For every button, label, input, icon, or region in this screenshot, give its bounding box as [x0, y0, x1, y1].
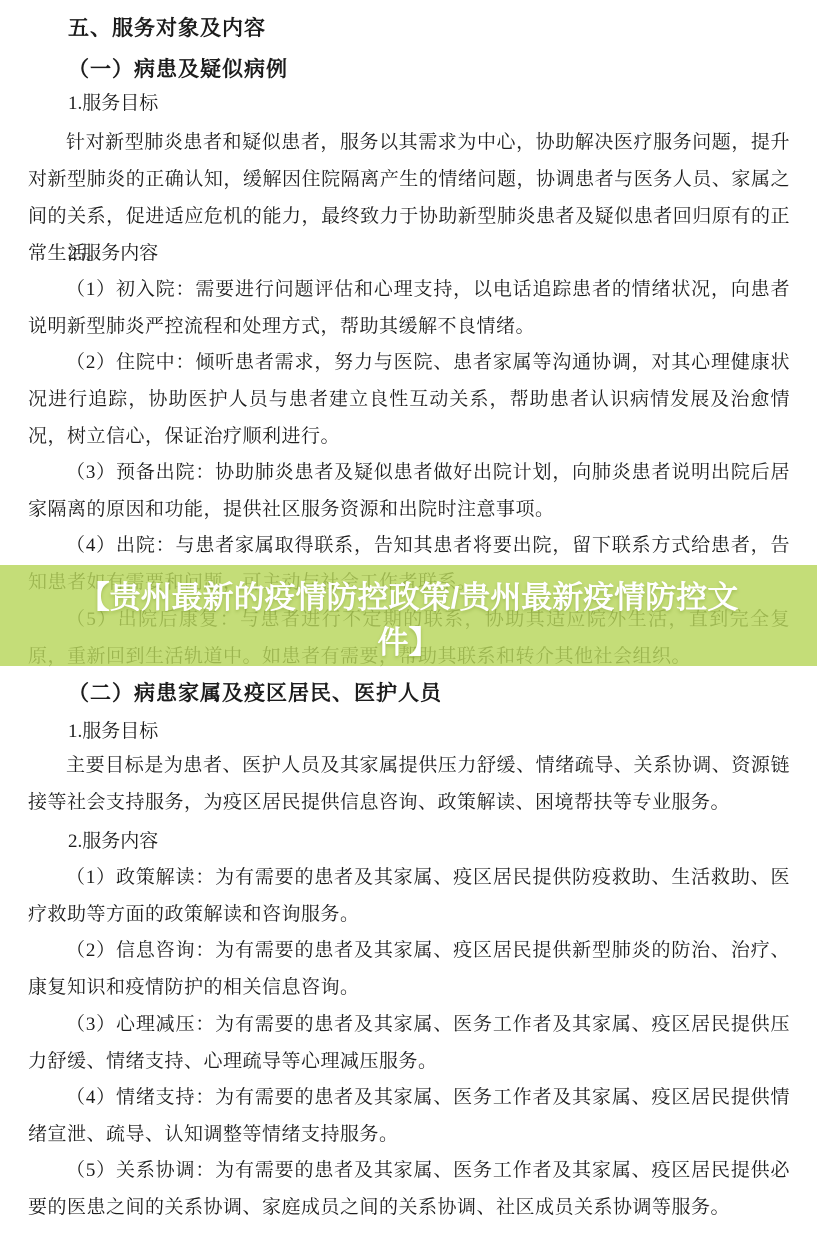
subsection-1-heading: （一）病患及疑似病例 [68, 59, 288, 81]
service-item-2-5: （5）关系协调：为有需要的患者及其家属、医务工作者及其家属、疫区居民提供必要的医… [28, 1152, 790, 1226]
promo-banner-title: 【贵州最新的疫情防控政策/贵州最新疫情防控文件】 [59, 565, 759, 665]
promo-banner: 【贵州最新的疫情防控政策/贵州最新疫情防控文件】 [0, 565, 817, 666]
service-item-1-1: （1）初入院：需要进行问题评估和心理支持，以电话追踪患者的情绪状况，向患者说明新… [28, 271, 790, 345]
subsection-2-heading: （二）病患家属及疫区居民、医护人员 [68, 683, 442, 705]
service-item-2-3: （3）心理减压：为有需要的患者及其家属、医务工作者及其家属、疫区居民提供压力舒缓… [28, 1006, 790, 1080]
section-heading: 五、服务对象及内容 [68, 18, 266, 40]
service-item-2-1: （1）政策解读：为有需要的患者及其家属、疫区居民提供防疫救助、生活救助、医疗救助… [28, 859, 790, 933]
document-page: 五、服务对象及内容 （一）病患及疑似病例 1.服务目标 针对新型肺炎患者和疑似患… [0, 0, 817, 1233]
subsection-1-content-label: 2.服务内容 [68, 244, 158, 264]
service-item-1-3: （3）预备出院：协助肺炎患者及疑似患者做好出院计划，向肺炎患者说明出院后居家隔离… [28, 454, 790, 528]
service-item-1-2: （2）住院中：倾听患者需求，努力与医院、患者家属等沟通协调，对其心理健康状况进行… [28, 344, 790, 455]
subsection-2-goal-label: 1.服务目标 [68, 722, 158, 742]
subsection-2-content-label: 2.服务内容 [68, 832, 158, 852]
service-item-2-4: （4）情绪支持：为有需要的患者及其家属、医务工作者及其家属、疫区居民提供情绪宣泄… [28, 1079, 790, 1153]
subsection-1-goal-label: 1.服务目标 [68, 94, 158, 114]
service-item-2-2: （2）信息咨询：为有需要的患者及其家属、疫区居民提供新型肺炎的防治、治疗、康复知… [28, 932, 790, 1006]
subsection-2-goal-text: 主要目标是为患者、医护人员及其家属提供压力舒缓、情绪疏导、关系协调、资源链接等社… [28, 747, 790, 821]
